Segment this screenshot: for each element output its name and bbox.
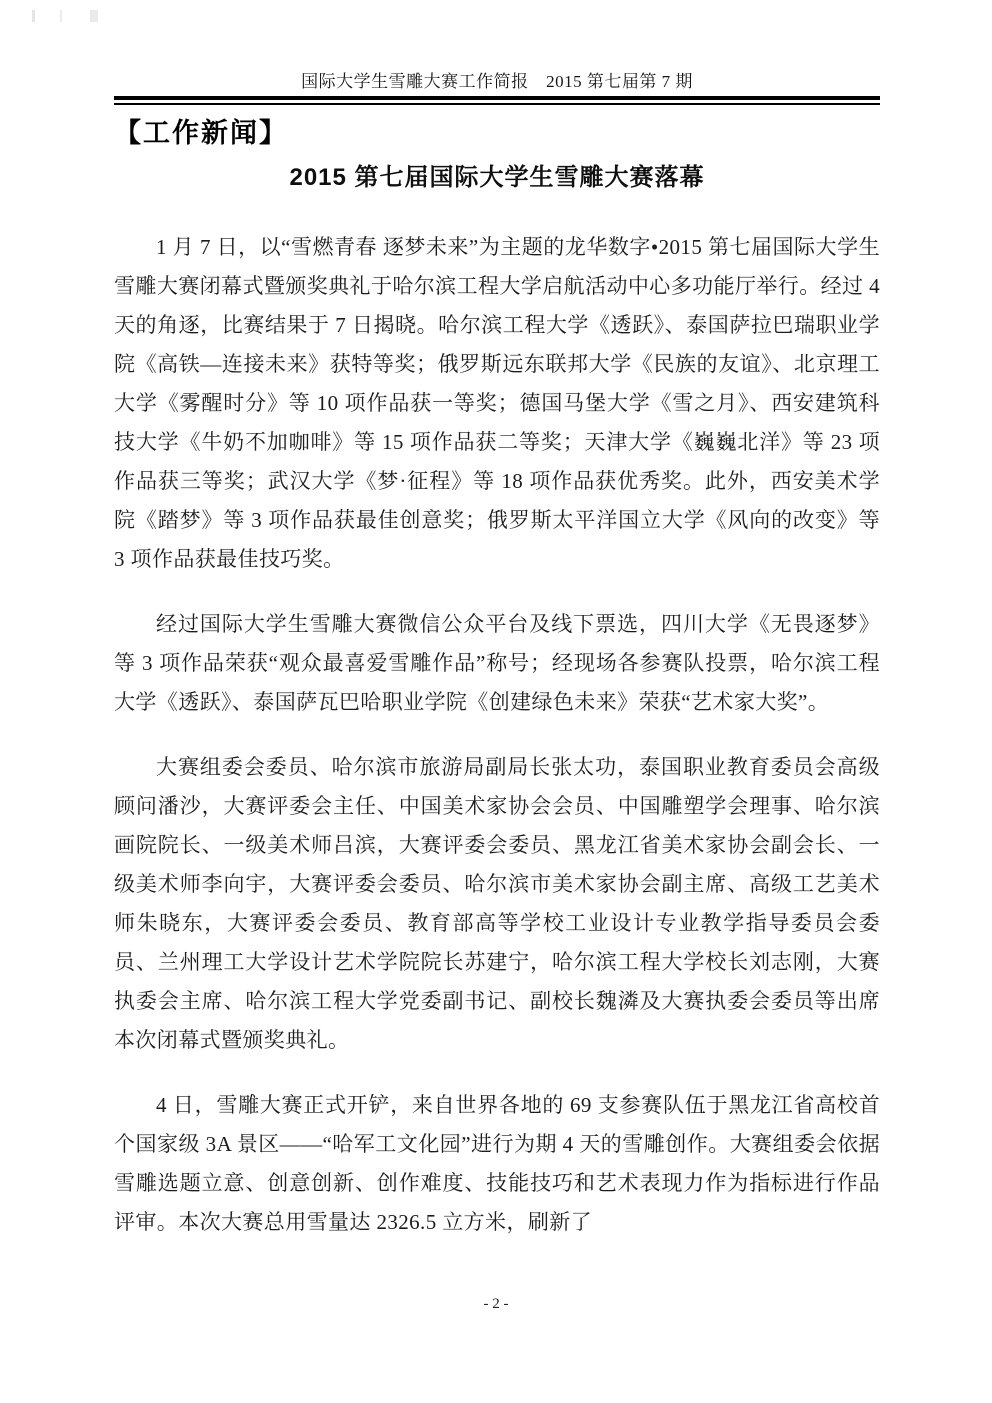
- paragraph-4: 4 日，雪雕大赛正式开铲，来自世界各地的 69 支参赛队伍于黑龙江省高校首个国家…: [114, 1086, 880, 1242]
- paragraph-2: 经过国际大学生雪雕大赛微信公众平台及线下票选，四川大学《无畏逐梦》等 3 项作品…: [114, 605, 880, 722]
- running-header: 国际大学生雪雕大赛工作简报 2015 第七届第 7 期: [114, 70, 880, 94]
- scan-artifact: [32, 10, 122, 22]
- article-title: 2015 第七届国际大学生雪雕大赛落幕: [114, 161, 880, 195]
- paragraph-1: 1 月 7 日，以“雪燃青春 逐梦未来”为主题的龙华数字•2015 第七届国际大…: [114, 228, 880, 579]
- header-divider-rule: [114, 96, 880, 105]
- page-number: - 2 -: [0, 1296, 992, 1313]
- section-heading: 【工作新闻】: [114, 115, 880, 151]
- article-body: 1 月 7 日，以“雪燃青春 逐梦未来”为主题的龙华数字•2015 第七届国际大…: [114, 228, 880, 1242]
- paragraph-3: 大赛组委会委员、哈尔滨市旅游局副局长张太功，泰国职业教育委员会高级顾问潘沙，大赛…: [114, 748, 880, 1060]
- document-page: 国际大学生雪雕大赛工作简报 2015 第七届第 7 期 【工作新闻】 2015 …: [0, 0, 992, 1403]
- page-content: 国际大学生雪雕大赛工作简报 2015 第七届第 7 期 【工作新闻】 2015 …: [114, 0, 880, 1242]
